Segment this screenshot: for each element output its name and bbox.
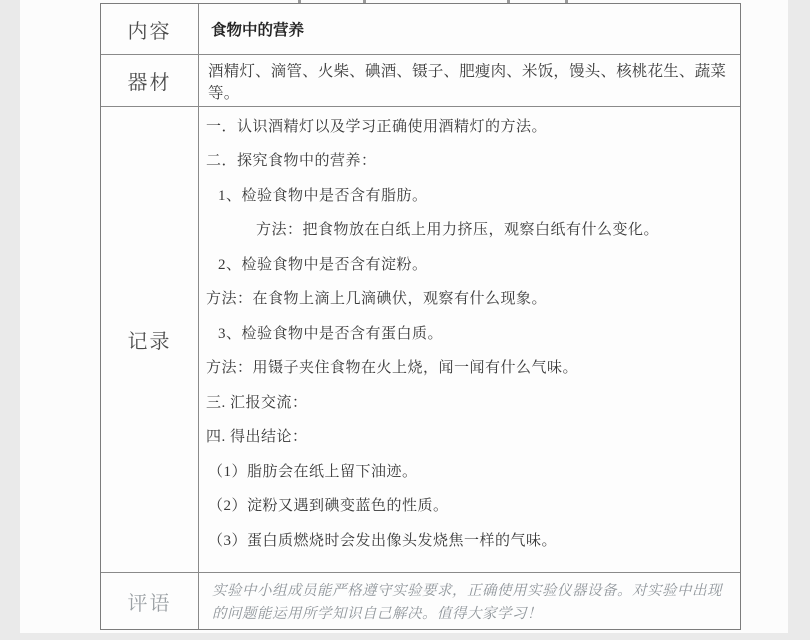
- record-conclusion: （3）蛋白质燃烧时会发出像头发烧焦一样的气味。: [199, 522, 740, 557]
- experiment-record-table: 内容 食物中的营养 器材 酒精灯、滴管、火柴、碘酒、镊子、肥瘦肉、米饭，馒头、核…: [100, 3, 741, 630]
- record-step: 3、检验食物中是否含有蛋白质。: [199, 315, 740, 350]
- row-header-record: 记录: [101, 107, 198, 573]
- record-cell: 一．认识酒精灯以及学习正确使用酒精灯的方法。 二．探究食物中的营养： 1、检验食…: [198, 107, 740, 573]
- row-header-equipment: 器材: [101, 55, 198, 107]
- record-step: 方法：把食物放在白纸上用力挤压，观察白纸有什么变化。: [199, 212, 740, 247]
- record-conclusion: （2）淀粉又遇到碘变蓝色的性质。: [199, 488, 740, 523]
- comment-cell: 实验中小组成员能严格遵守实验要求，正确使用实验仪器设备。对实验中出现的问题能运用…: [198, 573, 740, 629]
- document-page: 内容 食物中的营养 器材 酒精灯、滴管、火柴、碘酒、镊子、肥瘦肉、米饭，馒头、核…: [20, 0, 788, 633]
- record-step: 一．认识酒精灯以及学习正确使用酒精灯的方法。: [199, 108, 740, 143]
- equipment-cell: 酒精灯、滴管、火柴、碘酒、镊子、肥瘦肉、米饭，馒头、核桃花生、蔬菜等。: [198, 55, 740, 107]
- record-step: 1、检验食物中是否含有脂肪。: [199, 177, 740, 212]
- content-cell: 食物中的营养: [198, 4, 740, 55]
- teacher-comment: 实验中小组成员能严格遵守实验要求，正确使用实验仪器设备。对实验中出现的问题能运用…: [212, 583, 722, 622]
- experiment-title: 食物中的营养: [211, 18, 304, 40]
- row-header-comment: 评语: [101, 573, 198, 629]
- row-header-content: 内容: [101, 4, 198, 55]
- record-step: 三. 汇报交流：: [199, 384, 740, 419]
- record-step: 2、检验食物中是否含有淀粉。: [199, 246, 740, 281]
- record-step: 二．探究食物中的营养：: [199, 143, 740, 178]
- record-step: 四. 得出结论：: [199, 419, 740, 454]
- record-step: 方法：用镊子夹住食物在火上烧，闻一闻有什么气味。: [199, 350, 740, 385]
- record-conclusion: （1）脂肪会在纸上留下油迹。: [199, 453, 740, 488]
- equipment-list: 酒精灯、滴管、火柴、碘酒、镊子、肥瘦肉、米饭，馒头、核桃花生、蔬菜等。: [208, 59, 740, 103]
- record-step: 方法：在食物上滴上几滴碘伏，观察有什么现象。: [199, 281, 740, 316]
